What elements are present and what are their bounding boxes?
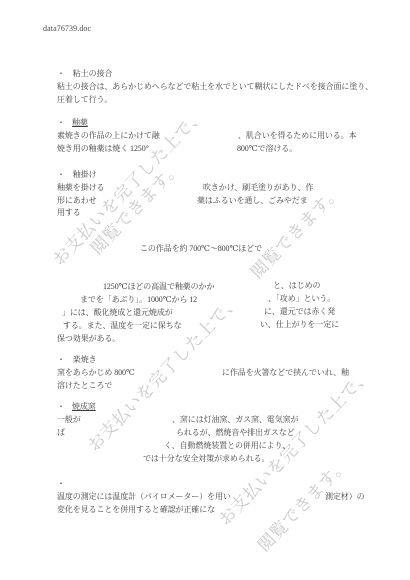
text-line: までを「あぶり」。1000℃から 12 — [80, 295, 197, 304]
text-line: 」には、酸化焼成と還元焼成が — [62, 308, 173, 317]
section-heading: ・ 釉掛け — [57, 170, 97, 179]
text-line: する。また、温度を一定に保ちな — [63, 321, 182, 330]
bullet: ・ — [57, 402, 65, 411]
text-line: 、肌合いを得るために用いる。本 — [238, 131, 357, 140]
watermark-text: 閲覧できます。 — [255, 455, 351, 554]
text-line: 保つ効果がある。 — [57, 334, 120, 343]
text-line: 、「攻め」という。 — [268, 294, 335, 303]
text-line: この作品を約 700℃～800℃ほどで — [140, 244, 262, 253]
text-line: 焼き用の釉薬は焼く 1250° — [57, 144, 149, 153]
text-line: 圧着して行う。 — [57, 95, 112, 104]
text-line: に作品を火箸などで挟んでいれ、釉 — [222, 368, 349, 377]
section-heading: ・ 粘土の接合 — [57, 69, 112, 78]
text-line: 釉薬を掛ける — [57, 183, 104, 192]
text-line: 1250℃ほどの高温で釉薬のかか — [103, 282, 214, 291]
text-line: と、はじめの — [273, 281, 320, 290]
watermark-text: 閲覧できます。 — [88, 158, 184, 257]
text-line: 800℃で溶ける。 — [237, 144, 297, 153]
section-heading: 焼成窯 — [72, 402, 96, 411]
text-line: では十分な安全対策が求められる。 — [143, 454, 269, 463]
text-line: 薬はふるいを通し、ごみやだま — [197, 196, 308, 205]
text-line: られるが、燃焼音や排出ガスなど — [176, 428, 295, 437]
text-line: 窯をあらかじめ 800℃ — [57, 368, 135, 377]
text-line: 温度の測定には温度計（パイロメーター）を用い — [57, 492, 231, 501]
text-line: 変化を見ることを併用すると確認が正確にな — [57, 505, 215, 514]
document-page: data76739.doc お支払いを完了した上で、閲覧できます。閲覧できます。… — [0, 0, 410, 580]
document-filename: data76739.doc — [43, 24, 91, 34]
text-line: 、窯には灯油窯、ガス窯、電気窯が — [172, 415, 298, 424]
text-line: 形にあわせ — [57, 196, 97, 205]
bullet: ・ — [57, 118, 65, 127]
bullet: ・ — [57, 479, 65, 488]
text-line: 一般が — [57, 415, 81, 424]
section-heading: 釉薬 — [72, 118, 88, 127]
text-line: 吹きかけ、刷毛塗りがあり、作 — [203, 183, 313, 192]
text-line: 用する — [57, 208, 81, 217]
text-line: 素焼きの作品の上にかけて融 — [57, 131, 160, 140]
section-heading: ・ 楽焼き — [57, 355, 97, 364]
text-line: く、自動燃焼装置との併用により、 — [164, 441, 290, 450]
text-line: に、還元では赤く発 — [264, 307, 335, 316]
text-line: 測定材）の — [325, 492, 365, 501]
text-line: い、仕上がりを一定に — [260, 320, 339, 329]
text-line: 溶けたところで — [57, 381, 112, 390]
text-line: 粘土の接合は、あらかじめへらなどで粘土を水でといて糊状にしたドベを接合面に塗り、 — [57, 82, 373, 91]
text-line: ば — [57, 428, 65, 437]
